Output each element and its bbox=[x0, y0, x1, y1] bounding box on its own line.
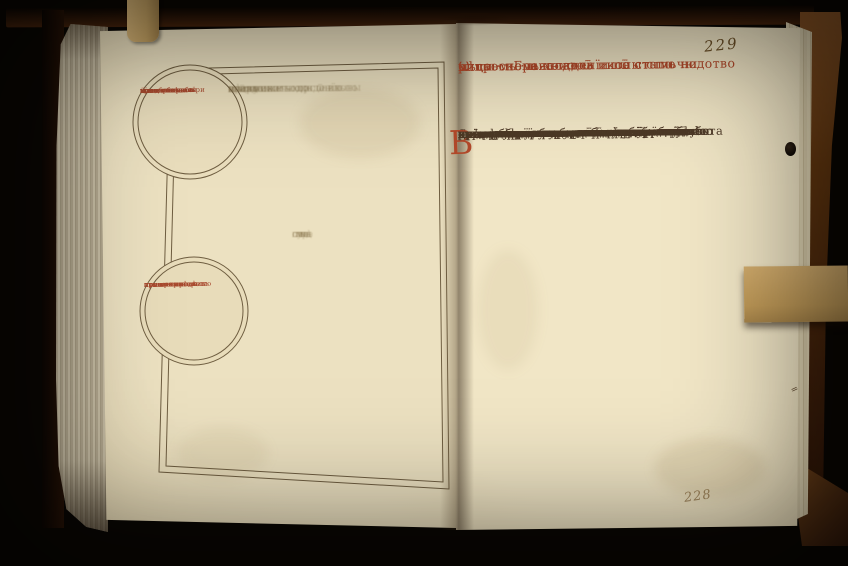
medallion-line: и мъ в бзѣ bbox=[140, 86, 179, 95]
ghost-mark: ли bbox=[292, 226, 304, 244]
bookmark-tab-right bbox=[744, 265, 848, 322]
folio-number-top: 229 bbox=[703, 34, 739, 56]
clasp-nub bbox=[785, 142, 796, 156]
bookmark-tab-top bbox=[127, 0, 159, 42]
medallion-line: погиты прѣдѣлы bbox=[144, 280, 207, 289]
manuscript-photo: црь и великїи гдрь нашьмалъ совчалсяѡ ст… bbox=[0, 0, 848, 566]
page-stain bbox=[478, 250, 538, 370]
ghost-line: ивану bbox=[228, 81, 259, 98]
rubric-line: рица ·:· Глава · ѻѳ · bbox=[458, 57, 593, 75]
body-line: слезами · стго никиты · яко блгона bbox=[458, 124, 686, 143]
